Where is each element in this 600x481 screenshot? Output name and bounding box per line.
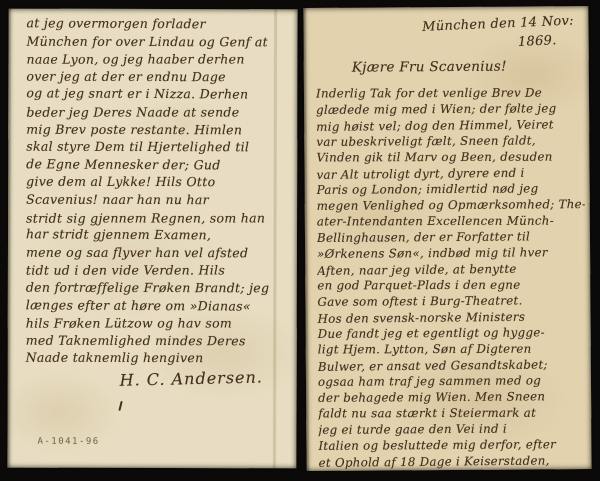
right-page-text-block: Inderlig Tak for det venlige Brev Deglæd… [316,84,587,470]
dateline: München den 14 Nov: 1869. [422,11,575,55]
handwritten-line: Gave som oftest i Burg-Theatret. [317,292,585,310]
handwritten-line: tidt ud i den vide Verden. Hils [26,262,288,280]
handwritten-line: over jeg at der er endnu Dage [26,67,288,85]
handwritten-line: faldt nu saa stærkt i Steiermark at [318,405,586,422]
handwritten-line: og at jeg snart er i Nizza. Derhen [26,85,288,104]
handwritten-line: den fortræffelige Frøken Brandt; jeg [26,279,288,297]
handwritten-line: de Egne Mennesker der; Gud [26,155,288,174]
salutation: Kjære Fru Scavenius! [352,59,507,76]
handwritten-line: ligt Hjem. Lytton, Søn af Digteren [318,341,586,358]
archive-stamp: A-1041-96 [37,437,99,447]
handwritten-line: Inderlig Tak for det venlige Brev De [316,85,584,102]
signature: H. C. Andersen. [119,367,263,389]
handwritten-line: Due fandt jeg et egentligt og hygge- [318,324,586,342]
handwritten-line: Vinden gik til Marv og Been, desuden [316,149,584,166]
handwritten-line: der behagede mig Wien. Men Sneen [318,388,586,406]
handwritten-line: med Taknemlighed mindes Deres [26,331,288,349]
handwritten-line: Italien og besluttede mig derfor, efter [318,436,586,454]
left-page-text-block: at jeg overmorgen forladerMünchen for ov… [26,15,289,368]
handwritten-line: beder jeg Deres Naade at sende [26,103,288,121]
handwritten-line: Bulwer, er ansat ved Gesandtskabet; [318,356,586,375]
handwritten-line: længes efter at høre om »Dianas« [26,296,288,315]
handwritten-line: var Alt utroligt dyrt, dyrere end i [316,164,584,183]
handwritten-line: mene og saa flyver han vel afsted [26,243,288,261]
handwritten-line: et Ophold af 18 Dage i Keiserstaden, [318,452,586,471]
handwritten-line: mig høist vel; dog den Himmel, Veiret [316,116,584,135]
handwritten-line: give dem al Lykke! Hils Otto [26,173,288,191]
handwritten-line: mig Brev poste restante. Himlen [26,120,288,138]
handwritten-line: Hos den svensk-norske Ministers [317,308,585,327]
handwritten-line: glædede mig med i Wien; der følte jeg [316,100,584,118]
handwritten-line: en god Parquet-Plads i den egne [317,277,585,294]
stray-pen-mark [118,401,122,411]
handwritten-line: Naade taknemlig hengiven [26,349,288,367]
handwritten-line: skal styre Dem til Hjertelighed til [26,138,288,156]
handwritten-line: har stridt gjennem Examen, [26,225,288,244]
letter-left-page: at jeg overmorgen forladerMünchen for ov… [7,9,297,469]
handwritten-line: hils Frøken Lützow og hav som [26,314,288,332]
handwritten-line: var ubeskriveligt fælt, Sneen faldt, [316,132,584,150]
handwritten-line: Scavenius! naar han nu har [26,191,288,209]
handwritten-line: megen Venlighed og Opmærksomhed; The- [317,196,585,214]
handwritten-line: »Ørkenens Søn«, indbød mig til hver [317,244,585,262]
handwritten-line: Bellinghausen, der er Forfatter til [317,228,585,246]
handwritten-line: naae Lyon, og jeg haaber derhen [26,51,288,69]
handwritten-line: ogsaa ham traf jeg sammen med og [318,372,586,390]
letter-photograph: at jeg overmorgen forladerMünchen for ov… [0,0,600,481]
handwritten-line: Paris og London; imidlertid nød jeg [317,180,585,198]
letter-right-page: München den 14 Nov: 1869. Kjære Fru Scav… [303,6,591,471]
handwritten-line: at jeg overmorgen forlader [27,14,289,33]
handwritten-line: jeg ei turde gaae den Vei ind i [318,420,586,438]
handwritten-line: ater-Intendanten Excellencen Münch- [317,213,585,230]
handwritten-line: stridt sig gjennem Regnen, som han [26,209,288,227]
handwritten-line: München for over Lindau og Genf at [26,32,288,50]
